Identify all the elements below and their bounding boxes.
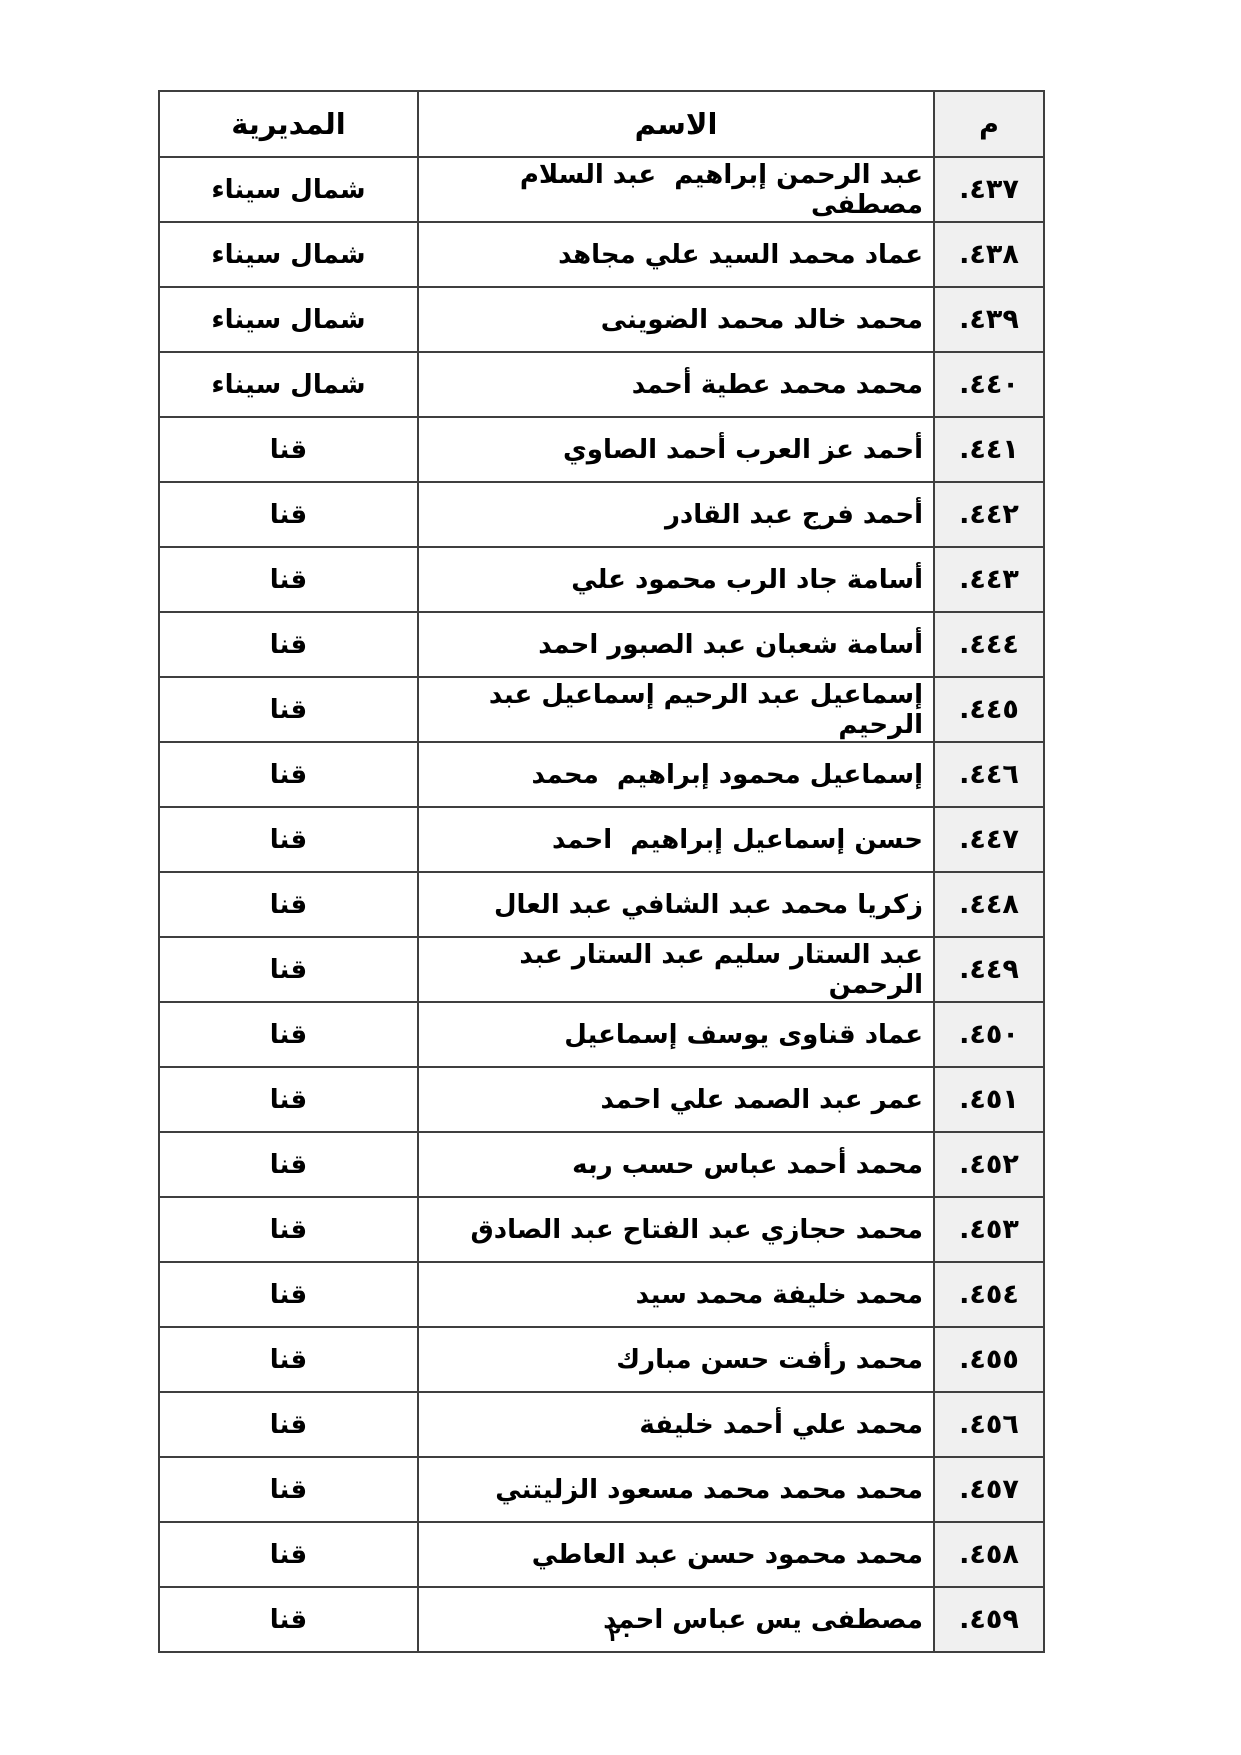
directorate-cell: قنا [159, 1392, 418, 1457]
table-row: ٤٤٢.أحمد فرج عبد القادرقنا [159, 482, 1044, 547]
row-number-cell: ٤٥٣. [934, 1197, 1044, 1262]
name-cell: محمد خليفة محمد سيد [418, 1262, 934, 1327]
directorate-cell: قنا [159, 1262, 418, 1327]
name-cell: أحمد فرج عبد القادر [418, 482, 934, 547]
name-cell: إسماعيل عبد الرحيم إسماعيل عبد الرحيم [418, 677, 934, 742]
directorate-cell: قنا [159, 482, 418, 547]
row-number-cell: ٤٥٠. [934, 1002, 1044, 1067]
name-cell: محمد أحمد عباس حسب ربه [418, 1132, 934, 1197]
directorate-cell: قنا [159, 417, 418, 482]
header-directorate: المديرية [159, 91, 418, 157]
name-cell: محمد حجازي عبد الفتاح عبد الصادق [418, 1197, 934, 1262]
row-number-cell: ٤٤٨. [934, 872, 1044, 937]
table-row: ٤٣٩.محمد خالد محمد الضوينىشمال سيناء [159, 287, 1044, 352]
table-row: ٤٣٧.عبد الرحمن إبراهيم عبد السلام مصطفىش… [159, 157, 1044, 222]
table-row: ٤٥٤.محمد خليفة محمد سيدقنا [159, 1262, 1044, 1327]
table-row: ٤٥٥.محمد رأفت حسن مباركقنا [159, 1327, 1044, 1392]
directorate-cell: قنا [159, 612, 418, 677]
directorate-cell: قنا [159, 807, 418, 872]
name-cell: أسامة جاد الرب محمود علي [418, 547, 934, 612]
directorate-cell: قنا [159, 742, 418, 807]
row-number-cell: ٤٤٣. [934, 547, 1044, 612]
name-cell: عماد محمد السيد علي مجاهد [418, 222, 934, 287]
table-row: ٤٤٦.إسماعيل محمود إبراهيم محمدقنا [159, 742, 1044, 807]
directorate-cell: قنا [159, 872, 418, 937]
row-number-cell: ٤٣٩. [934, 287, 1044, 352]
name-cell: محمد محمد محمد مسعود الزليتني [418, 1457, 934, 1522]
table-row: ٤٤١.أحمد عز العرب أحمد الصاويقنا [159, 417, 1044, 482]
name-cell: محمد رأفت حسن مبارك [418, 1327, 934, 1392]
directorate-cell: قنا [159, 1327, 418, 1392]
table-row: ٤٤٣.أسامة جاد الرب محمود عليقنا [159, 547, 1044, 612]
directorate-cell: شمال سيناء [159, 287, 418, 352]
row-number-cell: ٤٥١. [934, 1067, 1044, 1132]
page-number: ٢٠ [0, 1622, 1241, 1646]
row-number-cell: ٤٥٧. [934, 1457, 1044, 1522]
name-cell: عمر عبد الصمد علي احمد [418, 1067, 934, 1132]
name-cell: محمد خالد محمد الضوينى [418, 287, 934, 352]
name-cell: عبد الستار سليم عبد الستار عبد الرحمن [418, 937, 934, 1002]
table-row: ٤٥٧.محمد محمد محمد مسعود الزليتنيقنا [159, 1457, 1044, 1522]
directorate-cell: قنا [159, 1457, 418, 1522]
table-header: م الاسم المديرية [159, 91, 1044, 157]
directorate-cell: شمال سيناء [159, 222, 418, 287]
table-body: ٤٣٧.عبد الرحمن إبراهيم عبد السلام مصطفىش… [159, 157, 1044, 1652]
row-number-cell: ٤٤٠. [934, 352, 1044, 417]
directorate-cell: شمال سيناء [159, 157, 418, 222]
row-number-cell: ٤٤٩. [934, 937, 1044, 1002]
directorate-cell: قنا [159, 677, 418, 742]
row-number-cell: ٤٥٦. [934, 1392, 1044, 1457]
table-row: ٤٥٨.محمد محمود حسن عبد العاطيقنا [159, 1522, 1044, 1587]
row-number-cell: ٤٤٢. [934, 482, 1044, 547]
name-cell: محمد محمود حسن عبد العاطي [418, 1522, 934, 1587]
name-cell: زكريا محمد عبد الشافي عبد العال [418, 872, 934, 937]
directorate-cell: قنا [159, 1067, 418, 1132]
table-row: ٤٥١.عمر عبد الصمد علي احمدقنا [159, 1067, 1044, 1132]
table-row: ٤٤٨.زكريا محمد عبد الشافي عبد العالقنا [159, 872, 1044, 937]
row-number-cell: ٤٣٨. [934, 222, 1044, 287]
row-number-cell: ٤٤٧. [934, 807, 1044, 872]
row-number-cell: ٤٤٥. [934, 677, 1044, 742]
row-number-cell: ٤٤١. [934, 417, 1044, 482]
directorate-cell: قنا [159, 1197, 418, 1262]
row-number-cell: ٤٤٤. [934, 612, 1044, 677]
row-number-cell: ٤٣٧. [934, 157, 1044, 222]
directorate-cell: قنا [159, 1002, 418, 1067]
table-row: ٤٤٧.حسن إسماعيل إبراهيم احمدقنا [159, 807, 1044, 872]
row-number-cell: ٤٤٦. [934, 742, 1044, 807]
row-number-cell: ٤٥٢. [934, 1132, 1044, 1197]
table-row: ٤٥٦.محمد علي أحمد خليفةقنا [159, 1392, 1044, 1457]
directorate-cell: شمال سيناء [159, 352, 418, 417]
name-cell: أحمد عز العرب أحمد الصاوي [418, 417, 934, 482]
header-name: الاسم [418, 91, 934, 157]
name-cell: عبد الرحمن إبراهيم عبد السلام مصطفى [418, 157, 934, 222]
name-cell: حسن إسماعيل إبراهيم احمد [418, 807, 934, 872]
table-row: ٤٥٢.محمد أحمد عباس حسب ربهقنا [159, 1132, 1044, 1197]
table-row: ٤٣٨.عماد محمد السيد علي مجاهدشمال سيناء [159, 222, 1044, 287]
name-cell: إسماعيل محمود إبراهيم محمد [418, 742, 934, 807]
name-cell: عماد قناوى يوسف إسماعيل [418, 1002, 934, 1067]
table-row: ٤٤٩.عبد الستار سليم عبد الستار عبد الرحم… [159, 937, 1044, 1002]
directorate-cell: قنا [159, 1132, 418, 1197]
row-number-cell: ٤٥٤. [934, 1262, 1044, 1327]
directorate-cell: قنا [159, 547, 418, 612]
name-cell: محمد محمد عطية أحمد [418, 352, 934, 417]
directorate-cell: قنا [159, 937, 418, 1002]
table-row: ٤٥٠.عماد قناوى يوسف إسماعيلقنا [159, 1002, 1044, 1067]
table-row: ٤٤٠.محمد محمد عطية أحمدشمال سيناء [159, 352, 1044, 417]
header-number: م [934, 91, 1044, 157]
name-cell: أسامة شعبان عبد الصبور احمد [418, 612, 934, 677]
names-table: م الاسم المديرية ٤٣٧.عبد الرحمن إبراهيم … [158, 90, 1045, 1653]
row-number-cell: ٤٥٥. [934, 1327, 1044, 1392]
table-row: ٤٤٤.أسامة شعبان عبد الصبور احمدقنا [159, 612, 1044, 677]
table-row: ٤٤٥.إسماعيل عبد الرحيم إسماعيل عبد الرحي… [159, 677, 1044, 742]
name-cell: محمد علي أحمد خليفة [418, 1392, 934, 1457]
directorate-cell: قنا [159, 1522, 418, 1587]
header-row: م الاسم المديرية [159, 91, 1044, 157]
row-number-cell: ٤٥٨. [934, 1522, 1044, 1587]
table-row: ٤٥٣.محمد حجازي عبد الفتاح عبد الصادققنا [159, 1197, 1044, 1262]
